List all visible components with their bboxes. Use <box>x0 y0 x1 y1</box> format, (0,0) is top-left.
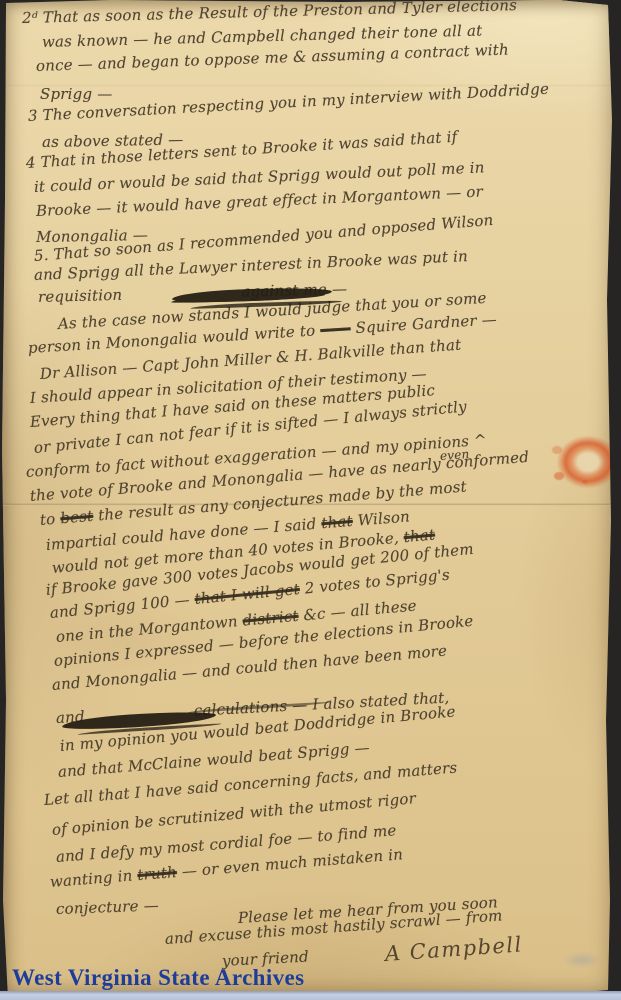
line-text: Sprigg — <box>40 85 112 103</box>
letter-page: 2ᵈ That as soon as the Result of the Pre… <box>0 0 621 1000</box>
struck-word: truth <box>137 863 178 884</box>
line-text: conjecture — <box>56 896 160 918</box>
line-text: to <box>39 509 61 529</box>
struck-word: that <box>321 512 354 532</box>
line-text: wanting in <box>49 866 138 891</box>
archive-credit: West Virginia State Archives <box>12 966 305 989</box>
struck-word: —— <box>320 319 351 339</box>
struck-word: best <box>60 507 94 528</box>
wax-seal-stain <box>548 428 621 496</box>
line-text: requisition <box>38 286 123 306</box>
signature: A Campbell <box>384 934 523 965</box>
struck-word: district <box>242 607 299 630</box>
archive-footer-bar <box>0 991 621 1000</box>
handwritten-line: Sprigg — <box>40 86 112 103</box>
handwritten-line: conjecture — <box>56 897 159 918</box>
struck-word: that I will get <box>194 580 301 608</box>
line-text: Squire Gardner — <box>350 310 497 337</box>
paper-smudge <box>556 948 608 972</box>
line-text: Wilson <box>352 507 411 529</box>
